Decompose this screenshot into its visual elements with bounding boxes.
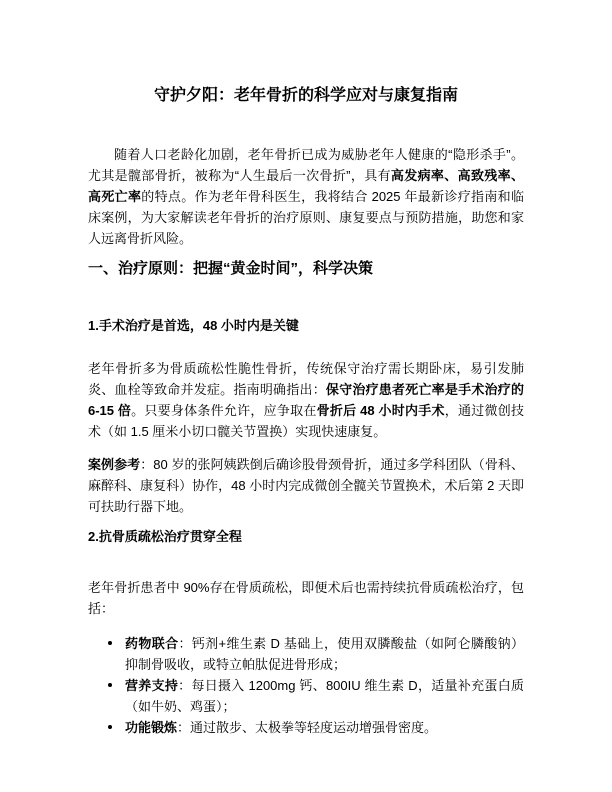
text-run: 的特点。作为老年骨科医生，我将结合 2025 年最新诊疗指南和临床案例，为大家解… [88, 189, 524, 246]
list-item-exercise: 功能锻炼：通过散步、太极拳等轻度运动增强骨密度。 [125, 717, 524, 738]
list-item-nutrition: 营养支持：每日摄入 1200mg 钙、800IU 维生素 D，适量补充蛋白质（如… [125, 675, 524, 717]
subsection-heading-anti-osteoporosis: 2.抗骨质疏松治疗贯穿全程 [88, 526, 524, 547]
treatment-measures-list: 药物联合：钙剂+维生素 D 基础上，使用双膦酸盐（如阿仑膦酸钠）抑制骨吸收，或特… [88, 633, 524, 738]
case-reference-paragraph: 案例参考：80 岁的张阿姨跌倒后确诊股骨颈骨折，通过多学科团队（骨科、麻醉科、康… [88, 454, 524, 517]
list-item-text: ：通过散步、太极拳等轻度运动增强骨密度。 [177, 720, 437, 735]
section-heading-treatment-principles: 一、治疗原则：把握“黄金时间”，科学决策 [88, 258, 524, 279]
list-item-text: ：每日摄入 1200mg 钙、800IU 维生素 D，适量补充蛋白质（如牛奶、鸡… [125, 678, 524, 714]
bold-text-run: 骨折后 48 小时内手术 [317, 403, 445, 418]
document-title: 守护夕阳：老年骨折的科学应对与康复指南 [88, 85, 524, 106]
case-reference-label: 案例参考 [88, 457, 140, 472]
intro-paragraph: 随着人口老龄化加剧，老年骨折已成为威胁老年人健康的“隐形杀手”。尤其是髋部骨折，… [88, 144, 524, 249]
list-item-label: 营养支持 [125, 678, 178, 693]
surgery-paragraph: 老年骨折多为骨质疏松性脆性骨折，传统保守治疗需长期卧床，易引发肺炎、血栓等致命并… [88, 358, 524, 442]
osteoporosis-paragraph: 老年骨折患者中 90%存在骨质疏松，即便术后也需持续抗骨质疏松治疗，包括： [88, 577, 524, 619]
list-item-text: ：钙剂+维生素 D 基础上，使用双膦酸盐（如阿仑膦酸钠）抑制骨吸收，或特立帕肽促… [125, 636, 524, 672]
bullet-icon [108, 683, 112, 687]
list-item-label: 功能锻炼 [125, 720, 177, 735]
text-run: ：80 岁的张阿姨跌倒后确诊股骨颈骨折，通过多学科团队（骨科、麻醉科、康复科）协… [88, 457, 524, 514]
text-run: 。只要身体条件允许，应争取在 [131, 403, 316, 418]
document-page: 守护夕阳：老年骨折的科学应对与康复指南 随着人口老龄化加剧，老年骨折已成为威胁老… [0, 0, 612, 792]
bullet-icon [108, 725, 112, 729]
list-item-label: 药物联合 [125, 636, 178, 651]
subsection-heading-surgery-first: 1.手术治疗是首选，48 小时内是关键 [88, 315, 524, 336]
bullet-icon [108, 641, 112, 645]
list-item-medication: 药物联合：钙剂+维生素 D 基础上，使用双膦酸盐（如阿仑膦酸钠）抑制骨吸收，或特… [125, 633, 524, 675]
